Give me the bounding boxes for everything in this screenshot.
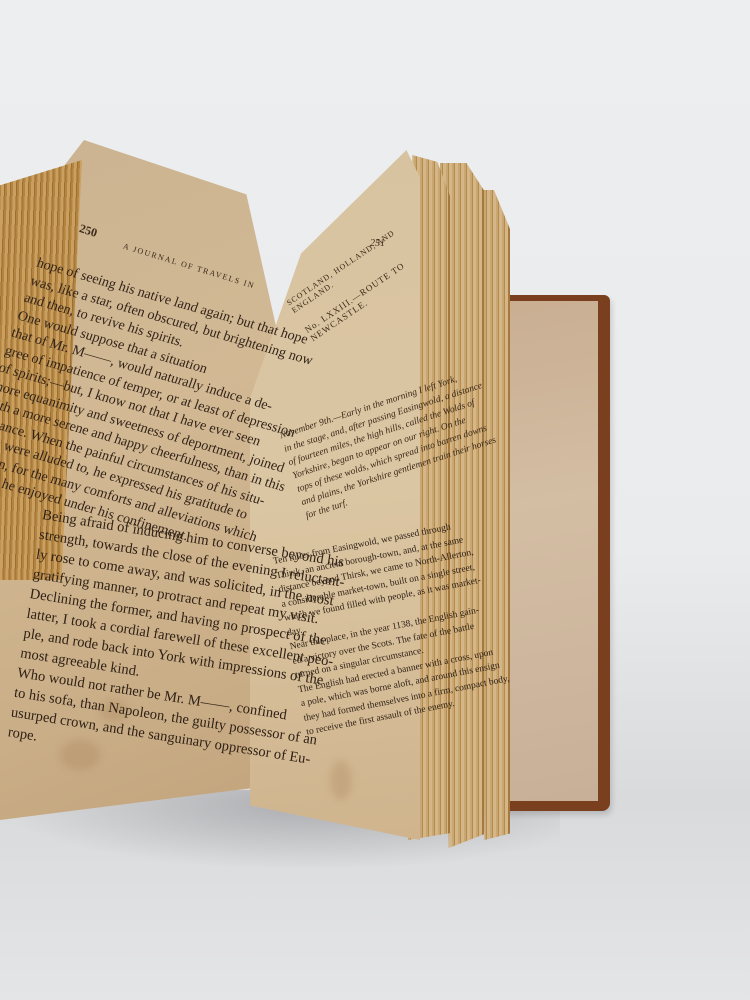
page-stain	[330, 760, 352, 800]
left-page-body-lower: Being afraid of inducing him to converse…	[6, 505, 271, 778]
photo-scene: 250 A JOURNAL OF TRAVELS IN hope of seei…	[0, 0, 750, 1000]
